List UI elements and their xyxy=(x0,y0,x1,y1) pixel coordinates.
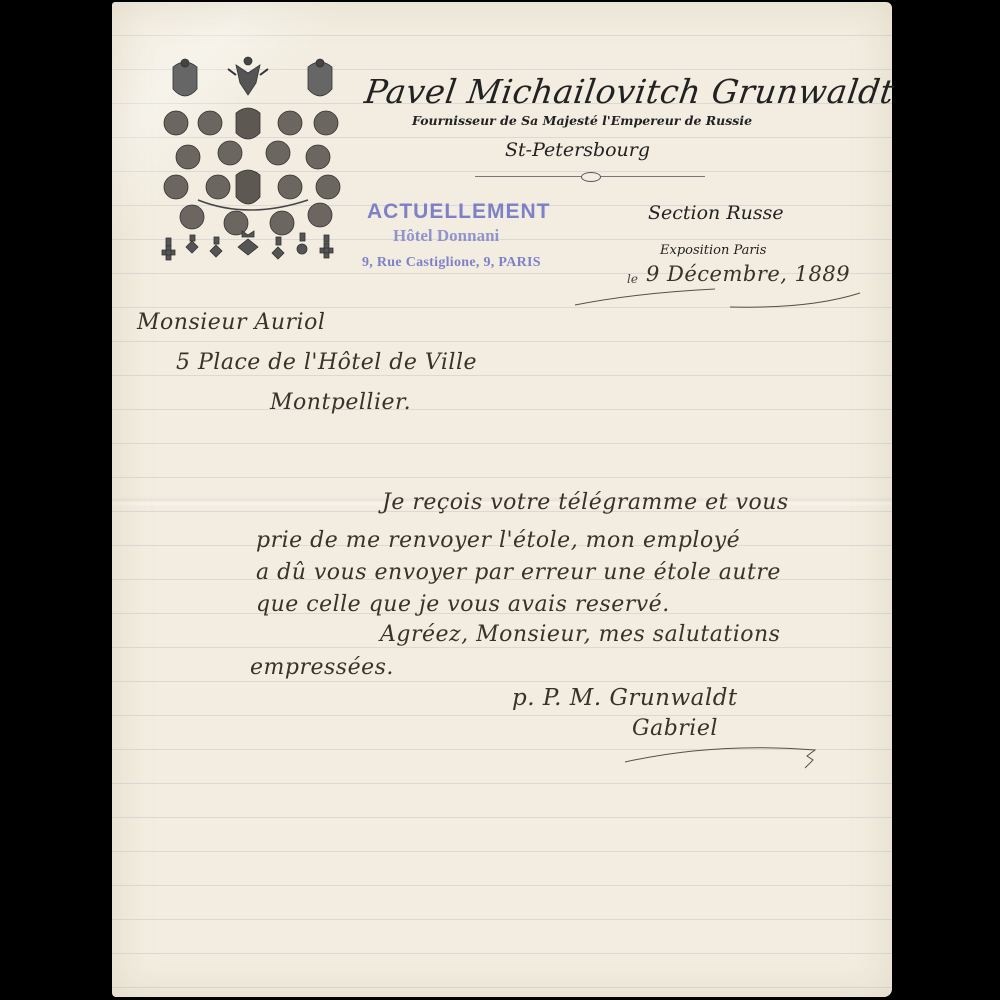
date-flourish-icon xyxy=(570,285,870,310)
date-prefix: le xyxy=(627,272,638,286)
letter-date: 9 Décembre, 1889 xyxy=(646,262,850,286)
letterhead-supplier: Fournisseur de Sa Majesté l'Empereur de … xyxy=(412,113,752,128)
stamp-line-3: 9, Rue Castiglione, 9, PARIS xyxy=(362,255,541,271)
divider-ornament-icon xyxy=(581,172,601,182)
stamp-line-2: Hôtel Donnani xyxy=(393,226,499,246)
signature-line-1: p. P. M. Grunwaldt xyxy=(512,685,738,711)
body-line: a dû vous envoyer par erreur une étole a… xyxy=(256,560,781,585)
body-line: que celle que je vous avais reservé. xyxy=(256,592,670,617)
exposition-label: Exposition Paris xyxy=(660,243,766,258)
stamp-line-1: ACTUELLEMENT xyxy=(367,200,551,224)
signature-flourish-icon xyxy=(620,740,830,770)
recipient-address: 5 Place de l'Hôtel de Ville xyxy=(176,350,477,375)
letterhead-name: Pavel Michailovitch Grunwaldt xyxy=(362,72,897,111)
recipient-name: Monsieur Auriol xyxy=(137,310,325,335)
body-line: Agréez, Monsieur, mes salutations xyxy=(380,622,780,647)
body-line: empressées. xyxy=(250,655,394,680)
section-label: Section Russe xyxy=(648,202,784,224)
coat-of-arms-medals-icon xyxy=(158,55,348,270)
body-line: prie de me renvoyer l'étole, mon employé xyxy=(256,528,740,553)
letterhead-city: St-Petersbourg xyxy=(505,139,650,161)
signature-line-2: Gabriel xyxy=(632,716,718,741)
body-line: Je reçois votre télégramme et vous xyxy=(382,490,789,515)
recipient-city: Montpellier. xyxy=(270,390,411,415)
